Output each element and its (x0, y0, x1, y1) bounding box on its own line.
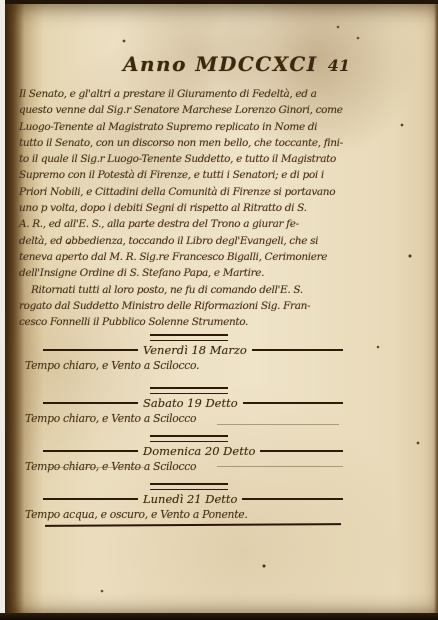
book-right-edge (434, 4, 438, 613)
entry-date: Venerdì 18 Marzo (138, 343, 252, 357)
manuscript-line: Luogo-Tenente al Magistrato Supremo repl… (19, 119, 363, 135)
manuscript-line: dell'Insigne Ordine di S. Stefano Papa, … (19, 265, 363, 281)
manuscript-photo: Anno MDCCXCI 41 Il Senato, e gl'altri a … (0, 0, 438, 620)
entry-date: Domenica 20 Detto (138, 444, 260, 458)
manuscript-line: Il Senato, e gl'altri a prestare il Giur… (19, 86, 363, 102)
entry-date: Sabato 19 Detto (138, 396, 243, 410)
date-heading: Sabato 19 Detto (33, 396, 345, 410)
manuscript-line: rogato dal Suddetto Ministro delle Rifor… (19, 298, 363, 314)
weather-note: Tempo acqua, e oscuro, e Vento a Ponente… (25, 508, 345, 521)
bleed-through-rule (217, 466, 343, 467)
book-top-edge (5, 0, 438, 4)
manuscript-line: Supremo con il Potestà di Firenze, e tut… (19, 167, 363, 183)
manuscript-line: Priori Nobili, e Cittadini della Comunit… (19, 184, 363, 200)
double-rule (150, 435, 228, 442)
double-rule (150, 334, 228, 341)
journal-entries: Venerdì 18 Marzo Tempo chiaro, e Vento a… (33, 334, 345, 531)
page-number: 41 (328, 56, 350, 75)
weather-note: Tempo chiaro, e Vento a Scilocco. (25, 359, 345, 372)
right-rule (252, 349, 343, 351)
manuscript-line: A. R., ed all'E. S., alla parte destra d… (19, 216, 363, 232)
body-paragraph: Il Senato, e gl'altri a prestare il Giur… (19, 86, 363, 330)
manuscript-line: uno p volta, dopo i debiti Segni di risp… (19, 200, 363, 216)
manuscript-line: deltà, ed obbedienza, toccando il Libro … (19, 233, 363, 249)
manuscript-page: Anno MDCCXCI 41 Il Senato, e gl'altri a … (5, 4, 438, 613)
double-rule (150, 387, 228, 394)
left-rule (43, 450, 138, 452)
manuscript-line: to il quale il Sig.r Luogo-Tenente Sudde… (19, 151, 363, 167)
journal-entry: Venerdì 18 Marzo Tempo chiaro, e Vento a… (33, 334, 345, 372)
left-rule (43, 498, 138, 500)
foxing-speckles (5, 4, 7, 6)
manuscript-line: Ritornati tutti al loro posto, ne fu di … (19, 282, 363, 298)
manuscript-line: tutto il Senato, con un discorso non men… (19, 135, 363, 151)
bleed-through-rule (217, 424, 339, 425)
page-title: Anno MDCCXCI (123, 52, 318, 76)
date-heading: Lunedì 21 Detto (33, 492, 345, 506)
date-heading: Domenica 20 Detto (33, 444, 345, 458)
right-rule (242, 498, 343, 500)
manuscript-line: teneva aperto dal M. R. Sig.re Francesco… (19, 249, 363, 265)
double-rule (150, 483, 228, 490)
manuscript-line: questo venne dal Sig.r Senatore Marchese… (19, 102, 363, 118)
journal-entry: Lunedì 21 Detto Tempo acqua, e oscuro, e… (33, 483, 345, 521)
right-rule (243, 402, 343, 404)
manuscript-line: cesco Fonnelli il Pubblico Solenne Strum… (19, 314, 363, 330)
journal-entry: Sabato 19 Detto Tempo chiaro, e Vento a … (33, 387, 345, 425)
bleed-through-rule (45, 467, 145, 468)
right-rule (260, 450, 343, 452)
book-bottom-edge (0, 613, 438, 620)
left-rule (43, 402, 138, 404)
scan-left-edge (0, 0, 5, 620)
date-heading: Venerdì 18 Marzo (33, 343, 345, 357)
entry-date: Lunedì 21 Detto (138, 492, 242, 506)
left-rule (43, 349, 138, 351)
